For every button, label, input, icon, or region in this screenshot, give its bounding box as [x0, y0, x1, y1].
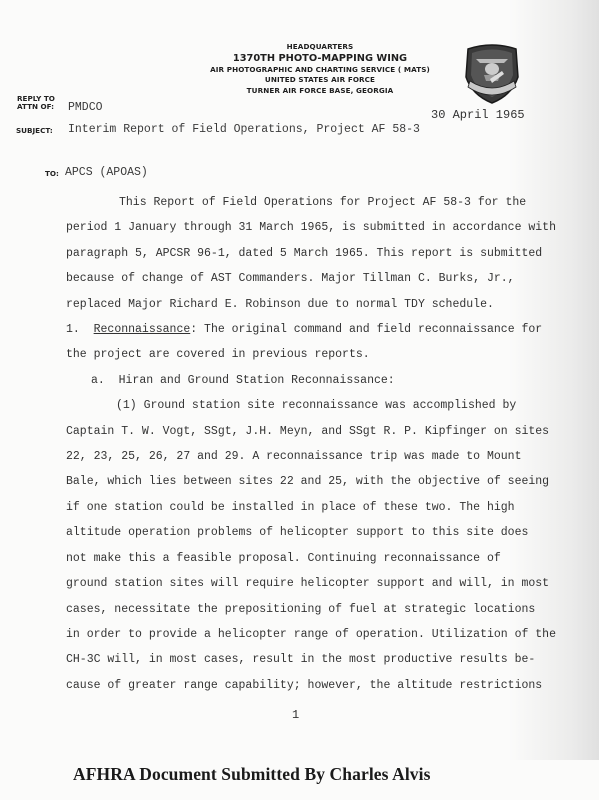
page-number: 1 — [292, 708, 299, 722]
reply-to-value: PMDCO — [68, 101, 103, 114]
item-1-line: Captain T. W. Vogt, SSgt, J.H. Meyn, and… — [66, 419, 536, 444]
item-1-line: ground station sites will require helico… — [66, 571, 536, 596]
subsection-a-label: a. — [91, 374, 105, 387]
reply-to-label: REPLY TO ATTN OF: — [17, 95, 55, 111]
item-1-line: CH-3C will, in most cases, result in the… — [66, 647, 536, 672]
section-1-number: 1. — [66, 323, 80, 336]
archive-credit-footer: AFHRA Document Submitted By Charles Alvi… — [73, 764, 431, 785]
to-label: TO: — [45, 170, 59, 178]
item-1-line: 22, 23, 25, 26, 27 and 29. A reconnaissa… — [66, 444, 536, 469]
intro-line: because of change of AST Commanders. Maj… — [66, 266, 536, 291]
reply-to-label-line2: ATTN OF: — [17, 103, 55, 111]
section-1-heading: Reconnaissance — [94, 323, 191, 336]
letterhead-location: TURNER AIR FORCE BASE, GEORGIA — [180, 86, 460, 97]
subject-label: SUBJECT: — [16, 127, 53, 135]
item-1-line: in order to provide a helicopter range o… — [66, 622, 536, 647]
intro-line: paragraph 5, APCSR 96-1, dated 5 March 1… — [66, 241, 536, 266]
subsection-a-heading: Hiran and Ground Station Reconnaissance: — [119, 374, 395, 387]
item-1-line: cause of greater range capability; howev… — [66, 673, 536, 698]
letterhead-branch: UNITED STATES AIR FORCE — [180, 75, 460, 86]
letterhead-service: AIR PHOTOGRAPHIC AND CHARTING SERVICE ( … — [180, 65, 460, 76]
letterhead-headquarters: HEADQUARTERS — [180, 42, 460, 53]
item-1-line: altitude operation problems of helicopte… — [66, 520, 536, 545]
letterhead: HEADQUARTERS 1370TH PHOTO-MAPPING WING A… — [180, 42, 460, 96]
subject-value: Interim Report of Field Operations, Proj… — [68, 123, 420, 136]
section-1-heading-line: 1. Reconnaissance: The original command … — [66, 317, 536, 342]
section-1-text-cont: the project are covered in previous repo… — [66, 342, 536, 367]
intro-line: period 1 January through 31 March 1965, … — [66, 215, 536, 240]
to-value: APCS (APOAS) — [65, 166, 148, 179]
section-1-text: : The original command and field reconna… — [190, 323, 542, 336]
document-date: 30 April 1965 — [431, 108, 525, 122]
item-1-line: Bale, which lies between sites 22 and 25… — [66, 469, 536, 494]
item-1-line: if one station could be installed in pla… — [66, 495, 536, 520]
air-force-wing-emblem-icon — [462, 43, 522, 105]
intro-line: replaced Major Richard E. Robinson due t… — [66, 292, 536, 317]
letterhead-unit: 1370TH PHOTO-MAPPING WING — [180, 53, 460, 65]
item-1-line: not make this a feasible proposal. Conti… — [66, 546, 536, 571]
subsection-a-heading-line: a. Hiran and Ground Station Reconnaissan… — [66, 368, 536, 393]
document-body: This Report of Field Operations for Proj… — [66, 190, 536, 698]
item-1-line: (1) Ground station site reconnaissance w… — [66, 393, 536, 418]
item-1-line: cases, necessitate the prepositioning of… — [66, 597, 536, 622]
intro-line: This Report of Field Operations for Proj… — [66, 190, 536, 215]
